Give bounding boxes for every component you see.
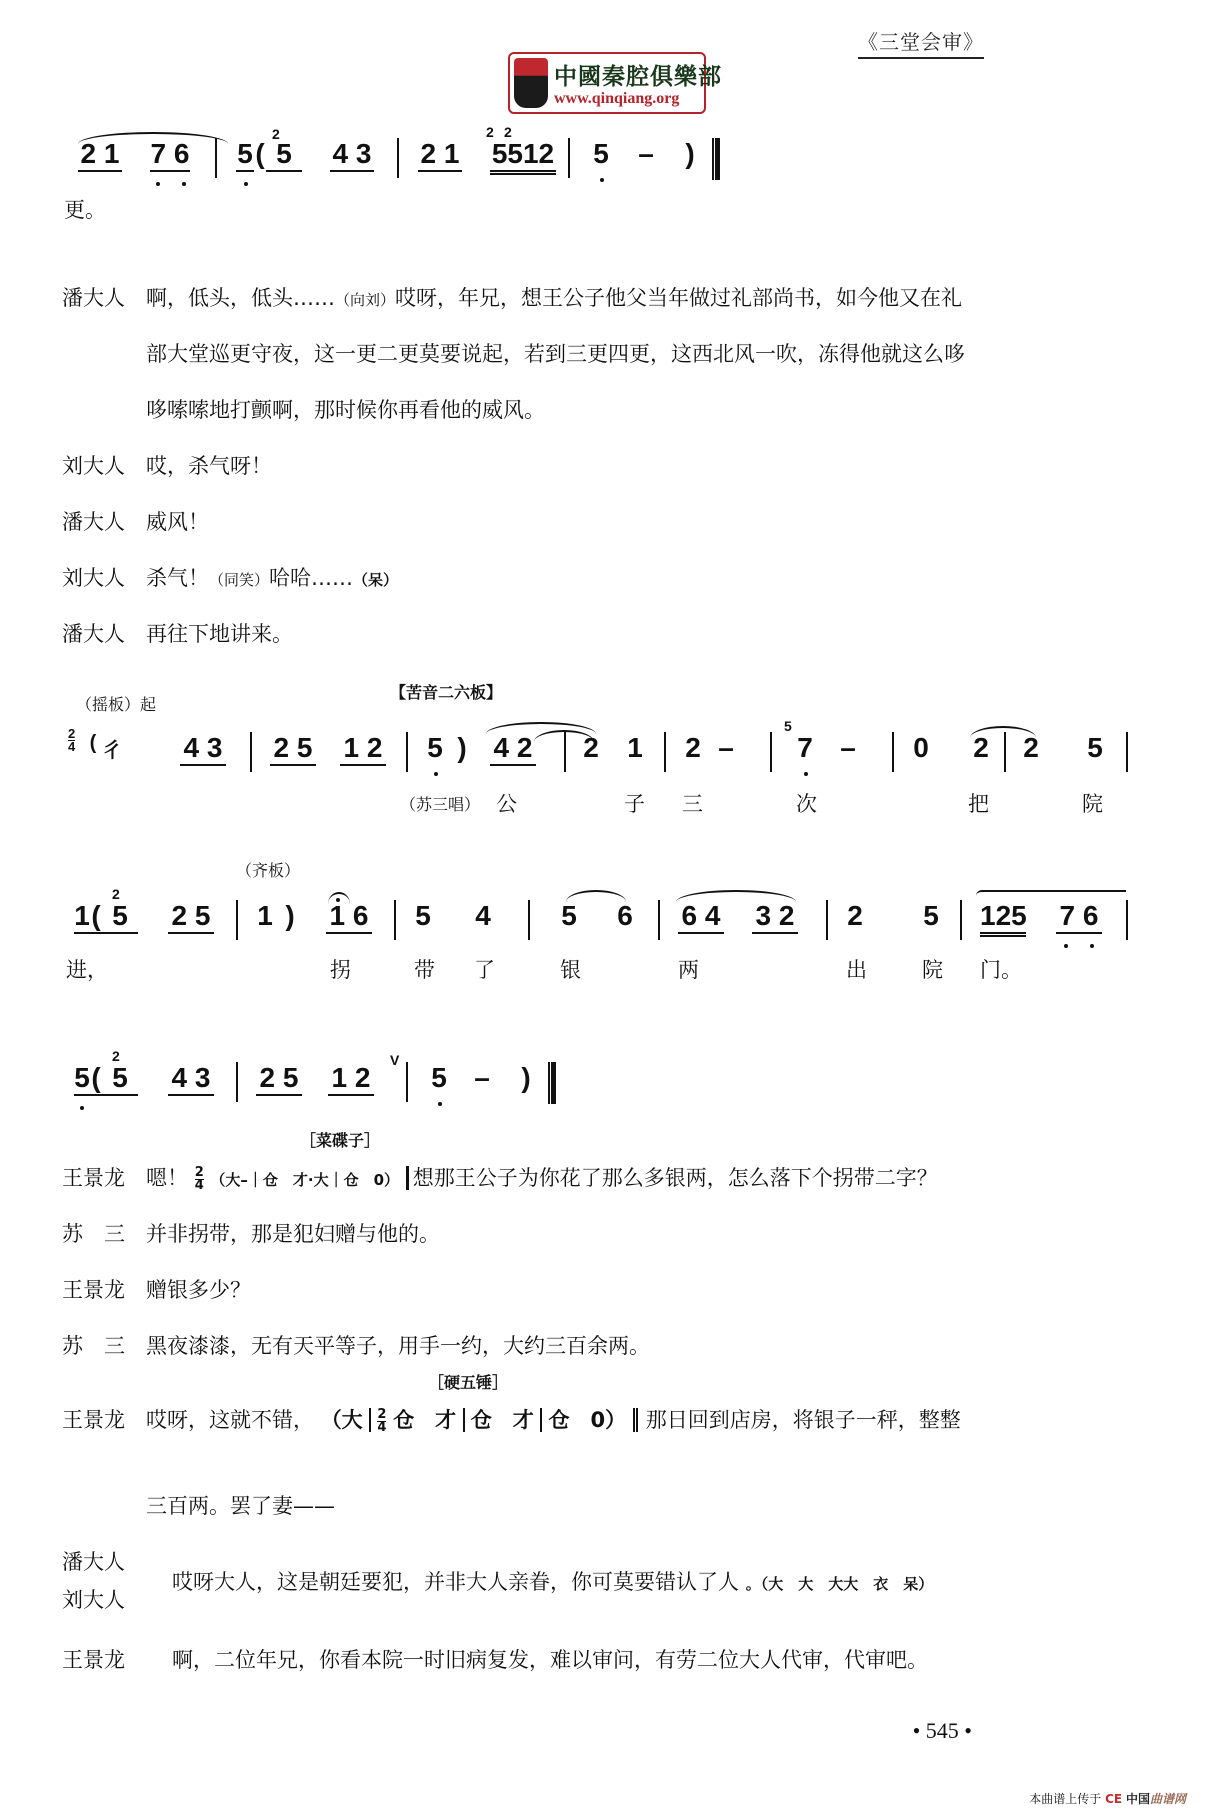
breath-mark: V: [390, 1052, 399, 1068]
low-octave-dot: [600, 178, 604, 182]
lyric: 银: [560, 954, 581, 984]
paren-open: (: [90, 1062, 102, 1096]
grace-note: 5: [784, 718, 792, 734]
page-number: • 545 •: [913, 1718, 972, 1744]
logo-url: www.qinqiang.org: [554, 90, 679, 108]
speaker-name: 苏 三: [62, 1218, 125, 1248]
site-name: 曲谱网: [1150, 1792, 1186, 1806]
note: 2: [582, 732, 600, 764]
dialogue-line: 啊，低头，低头……（向刘）哎呀，年兄，想王公子他父当年做过礼部尚书，如今他又在礼: [146, 282, 962, 312]
note: 5: [414, 900, 432, 932]
end-bar: [712, 138, 720, 180]
dialogue-text: 杀气！: [146, 566, 209, 590]
percussion-pattern: （大–｜仓 才·大｜仓 0）: [210, 1171, 399, 1189]
note: 5: [426, 732, 444, 764]
speaker-name: 潘大人: [62, 1546, 125, 1576]
dialogue-line: 三百两。罢了妻——: [146, 1490, 335, 1520]
upload-note: 本曲谱上传于: [1029, 1792, 1101, 1806]
paren-close: ): [520, 1062, 532, 1094]
lyric: 进，: [66, 954, 108, 984]
note-group: 1 2: [328, 1062, 374, 1096]
bar-line: [564, 732, 566, 772]
dialogue-text: 哎呀大人，这是朝廷要犯，并非大人亲眷，你可莫要错认了人: [172, 1570, 739, 1594]
dialogue-line: 杀气！（同笑）哈哈……（呆）: [146, 562, 398, 592]
lyric: 出: [846, 954, 867, 984]
note: 5: [560, 900, 578, 932]
note-group: 2 5: [168, 900, 214, 934]
note: 5: [922, 900, 940, 932]
bar-line: [1126, 900, 1128, 940]
dialogue-text: 哎呀，年兄，想王公子他父当年做过礼部尚书，如今他又在礼: [395, 286, 962, 310]
dash: –: [716, 732, 736, 764]
bar-line: [528, 900, 530, 940]
dialogue-text: 想那王公子为你花了那么多银两，怎么落下个拐带二字？: [406, 1166, 938, 1190]
note: 6: [616, 900, 634, 932]
paren-close: ): [284, 900, 296, 932]
bar-line: [215, 138, 217, 178]
dash: –: [636, 138, 656, 170]
note: 2: [684, 732, 702, 764]
dash: –: [472, 1062, 492, 1094]
tempo-label: （齐板）: [236, 858, 300, 881]
singer-label: （苏三唱）: [400, 792, 480, 815]
percussion-measure: 仓 才: [463, 1408, 534, 1432]
note-group: 2 1: [418, 138, 462, 172]
end-bar: [548, 1062, 556, 1104]
speaker-name: 刘大人: [62, 1584, 125, 1614]
percussion-label: ［硬五锤］: [428, 1370, 508, 1393]
note-group: 125: [980, 900, 1026, 937]
bar-line: [394, 900, 396, 940]
note-group: 4 3: [330, 138, 374, 172]
note: 2: [972, 732, 990, 764]
bar-line: [406, 732, 408, 772]
time-signature: 24: [195, 1167, 204, 1192]
speaker-name: 王景龙: [62, 1274, 125, 1304]
bar-line: [892, 732, 894, 772]
speaker-name: 刘大人: [62, 450, 125, 480]
low-octave-dot: [80, 1106, 84, 1110]
note-group: 2 5: [270, 732, 316, 766]
note: 7: [796, 732, 814, 764]
note: 5: [74, 1062, 90, 1096]
paren-open: (: [86, 732, 100, 755]
low-octave-dot: [1090, 944, 1094, 948]
note: 5: [102, 1062, 138, 1096]
lyric: 院: [922, 954, 943, 984]
speaker-name: 潘大人: [62, 282, 125, 312]
score-line-3: 1 ( 2 5 2 5 1 ) 1 6 5 4 5 6 6 4 3 2 2 5 …: [0, 890, 1208, 950]
note: 1: [74, 900, 90, 934]
lyric: 公: [496, 788, 517, 818]
score-line-2: 24 ( 彳 4 3 2 5 1 2 5 ) 4 2 2 1 2 – 5 7 –…: [0, 722, 1208, 782]
note-group: 7 6: [150, 138, 190, 172]
lyric: 拐: [330, 954, 351, 984]
dialogue-text: 那日回到店房，将银子一秤，整整: [633, 1408, 961, 1432]
bar-line: [1004, 732, 1006, 772]
dialogue-line: 并非拐带，那是犯妇赠与他的。: [146, 1218, 440, 1248]
speaker-name: 王景龙: [62, 1404, 125, 1434]
lyric: 门。: [980, 954, 1022, 984]
lyric: 带: [414, 954, 435, 984]
low-octave-dot: [182, 182, 186, 186]
percussion-measure: 仓 0）: [540, 1408, 626, 1432]
opera-figure-icon: [514, 58, 548, 108]
dialogue-line: 啊，二位年兄，你看本院一时旧病复发，难以审问，有劳二位大人代审，代审吧。: [172, 1644, 928, 1674]
score-line-1: 2 1 7 6 5 ( 2 5 4 3 2 1 2 2 5512 5 – ): [0, 128, 1208, 188]
bar-line: [236, 1062, 238, 1102]
note-group: 6 4: [678, 900, 724, 934]
dialogue-line: 哎呀大人，这是朝廷要犯，并非大人亲眷，你可莫要错认了人 。（大 大 大大 衣 呆…: [172, 1566, 933, 1596]
dialogue-line: 哆嗦嗦地打颤啊，那时候你再看他的威风。: [146, 394, 545, 424]
section-label: 【苦音二六板】: [390, 680, 502, 703]
note-group: 7 6: [1056, 900, 1102, 934]
time-signature: 24: [68, 728, 75, 753]
lyric: 院: [1082, 788, 1103, 818]
note: 5: [430, 1062, 448, 1094]
low-octave-dot: [1064, 944, 1068, 948]
note-group: 5512: [490, 138, 556, 175]
dialogue-line: 再往下地讲来。: [146, 618, 293, 648]
note: 5: [236, 138, 254, 172]
site-name: 中国: [1126, 1792, 1150, 1806]
note-group: 4 2: [490, 732, 536, 766]
percussion-pattern: （大: [321, 1408, 363, 1432]
percussion-pattern: 。（大 大 大大 衣 呆）: [746, 1575, 934, 1593]
note: 5: [592, 138, 610, 170]
lyric: 子: [624, 788, 645, 818]
note-group: 1 2: [340, 732, 386, 766]
bar-line: [1126, 732, 1128, 772]
bar-line: [770, 732, 772, 772]
note-group: 2 5: [256, 1062, 302, 1096]
note: 5: [266, 138, 302, 172]
low-octave-dot: [438, 1102, 442, 1106]
symbol: 彳: [102, 734, 122, 763]
note: 1: [256, 900, 274, 932]
score-line-4: 5 ( 2 5 4 3 2 5 1 2 V 5 – ): [0, 1052, 1208, 1112]
dialogue-line: 赠银多少？: [146, 1274, 251, 1304]
bar-line: [250, 732, 252, 772]
speaker-name: 王景龙: [62, 1162, 125, 1192]
note: 1: [626, 732, 644, 764]
note-group: 4 3: [180, 732, 226, 766]
dash: –: [838, 732, 858, 764]
paren-close: ): [456, 732, 468, 764]
bar-line: [568, 138, 570, 178]
speaker-name: 刘大人: [62, 562, 125, 592]
note: 2: [1022, 732, 1040, 764]
note: 5: [1086, 732, 1104, 764]
bar-line: [397, 138, 399, 178]
bar-line: [236, 900, 238, 940]
note: 5: [102, 900, 138, 934]
bar-line: [826, 900, 828, 940]
dialogue-line: 哎，杀气呀！: [146, 450, 272, 480]
lyric: 更。: [64, 194, 106, 224]
bar-line: [960, 900, 962, 940]
dialogue-text: 哈哈……: [269, 566, 353, 590]
stage-direction: （向刘）: [335, 291, 395, 309]
low-octave-dot: [804, 772, 808, 776]
opera-title: 《三堂会审》: [858, 26, 984, 59]
tempo-label: （摇板）起: [76, 692, 156, 715]
bar-line: [664, 732, 666, 772]
low-octave-dot: [156, 182, 160, 186]
percussion-measure: 24 仓 才: [369, 1408, 456, 1432]
lyric: 三: [682, 788, 703, 818]
dialogue-text: 哎呀，这就不错，: [146, 1408, 314, 1432]
upload-credit[interactable]: 本曲谱上传于 CE 中国曲谱网: [1029, 1790, 1186, 1807]
stage-direction: （呆）: [353, 571, 398, 589]
dialogue-line: 部大堂巡更守夜，这一更二更莫要说起，若到三更四更，这西北风一吹，冻得他就这么哆: [146, 338, 965, 368]
dialogue-line: 嗯！ 24 （大–｜仓 才·大｜仓 0） 想那王公子为你花了那么多银两，怎么落下…: [146, 1162, 938, 1192]
paren-open: (: [90, 900, 102, 934]
note: 2: [846, 900, 864, 932]
dialogue-line: 威风！: [146, 506, 209, 536]
speaker-name: 潘大人: [62, 506, 125, 536]
dialogue-text: 嗯！: [146, 1166, 188, 1190]
lyric: 次: [796, 788, 817, 818]
lyric: 了: [474, 954, 495, 984]
note-group: 3 2: [752, 900, 798, 934]
time-signature: 24: [377, 1409, 386, 1434]
speaker-name: 苏 三: [62, 1330, 125, 1360]
dialogue-text: 啊，低头，低头……: [146, 286, 335, 310]
stage-direction: （同笑）: [209, 571, 269, 589]
dialogue-line: 哎呀，这就不错， （大 24 仓 才 仓 才 仓 0） 那日回到店房，将银子一秤…: [146, 1404, 961, 1434]
logo-chinese-text: 中國秦腔俱樂部: [554, 58, 722, 91]
bar-line: [658, 900, 660, 940]
note: 0: [912, 732, 930, 764]
bar-line: [406, 1062, 408, 1102]
speaker-name: 潘大人: [62, 618, 125, 648]
low-octave-dot: [434, 772, 438, 776]
low-octave-dot: [244, 182, 248, 186]
lyric: 两: [678, 954, 699, 984]
note-group: 4 3: [168, 1062, 214, 1096]
paren-close: ): [684, 138, 696, 170]
note-group: 1 6: [326, 900, 372, 934]
dialogue-line: 黑夜漆漆，无有天平等子，用手一约，大约三百余两。: [146, 1330, 650, 1360]
percussion-label: ［菜碟子］: [300, 1128, 380, 1151]
paren-open: (: [254, 138, 266, 170]
speaker-name: 王景龙: [62, 1644, 125, 1674]
note: 4: [474, 900, 492, 932]
qupu-logo-icon: CE: [1105, 1792, 1122, 1806]
lyric: 把: [968, 788, 989, 818]
qinqiang-logo[interactable]: 中國秦腔俱樂部 www.qinqiang.org: [508, 52, 706, 114]
note-group: 2 1: [78, 138, 122, 172]
